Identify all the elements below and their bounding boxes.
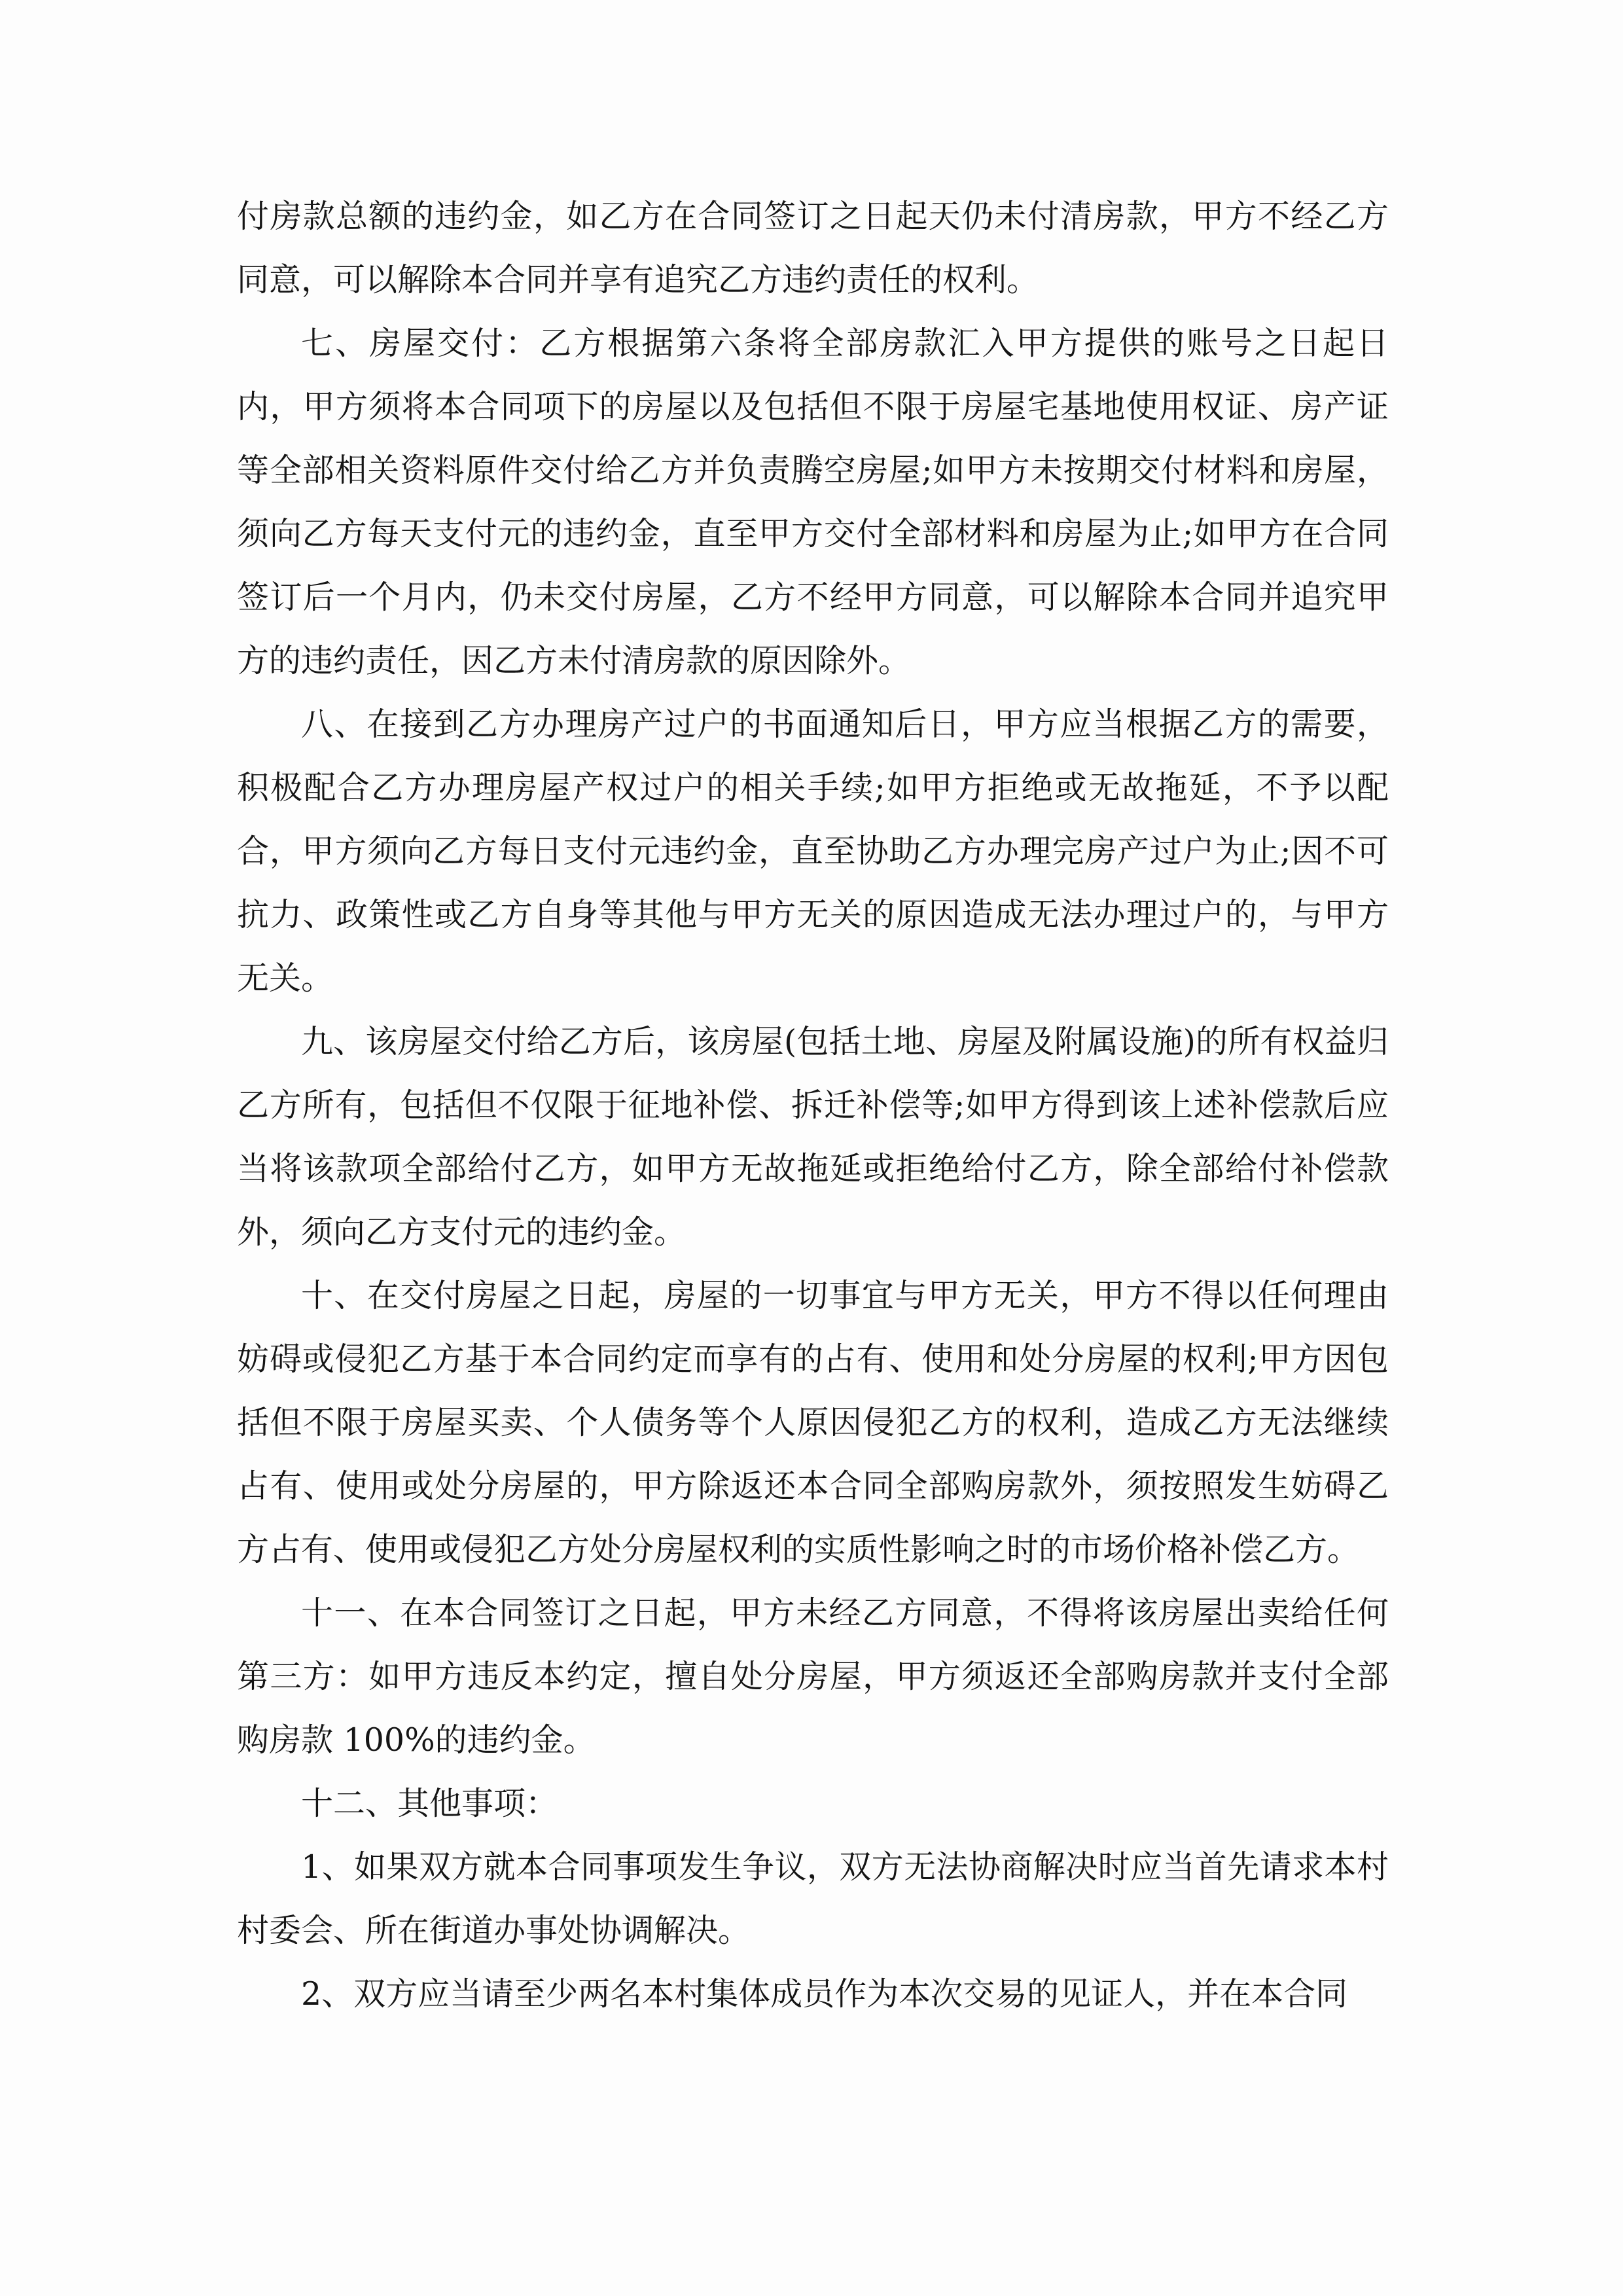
paragraph-clause-12-heading: 十二、其他事项： bbox=[237, 1772, 1389, 1835]
paragraph-clause-12-item-1: 1、如果双方就本合同事项发生争议，双方无法协商解决时应当首先请求本村村委会、所在… bbox=[237, 1835, 1389, 1962]
paragraph-clause-7: 七、房屋交付：乙方根据第六条将全部房款汇入甲方提供的账号之日起日内，甲方须将本合… bbox=[237, 312, 1389, 692]
paragraph-clause-8: 八、在接到乙方办理房产过户的书面通知后日，甲方应当根据乙方的需要，积极配合乙方办… bbox=[237, 692, 1389, 1010]
document-body: 付房款总额的违约金，如乙方在合同签订之日起天仍未付清房款，甲方不经乙方同意，可以… bbox=[0, 0, 1623, 2026]
paragraph-clause-6-continuation: 付房款总额的违约金，如乙方在合同签订之日起天仍未付清房款，甲方不经乙方同意，可以… bbox=[237, 185, 1389, 312]
paragraph-clause-10: 十、在交付房屋之日起，房屋的一切事宜与甲方无关，甲方不得以任何理由妨碍或侵犯乙方… bbox=[237, 1264, 1389, 1581]
paragraph-clause-9: 九、该房屋交付给乙方后，该房屋(包括土地、房屋及附属设施)的所有权益归乙方所有，… bbox=[237, 1010, 1389, 1264]
paragraph-clause-11: 十一、在本合同签订之日起，甲方未经乙方同意，不得将该房屋出卖给任何第三方：如甲方… bbox=[237, 1581, 1389, 1772]
paragraph-clause-12-item-2: 2、双方应当请至少两名本村集体成员作为本次交易的见证人，并在本合同 bbox=[237, 1962, 1389, 2026]
contract-page: 付房款总额的违约金，如乙方在合同签订之日起天仍未付清房款，甲方不经乙方同意，可以… bbox=[0, 0, 1623, 2296]
